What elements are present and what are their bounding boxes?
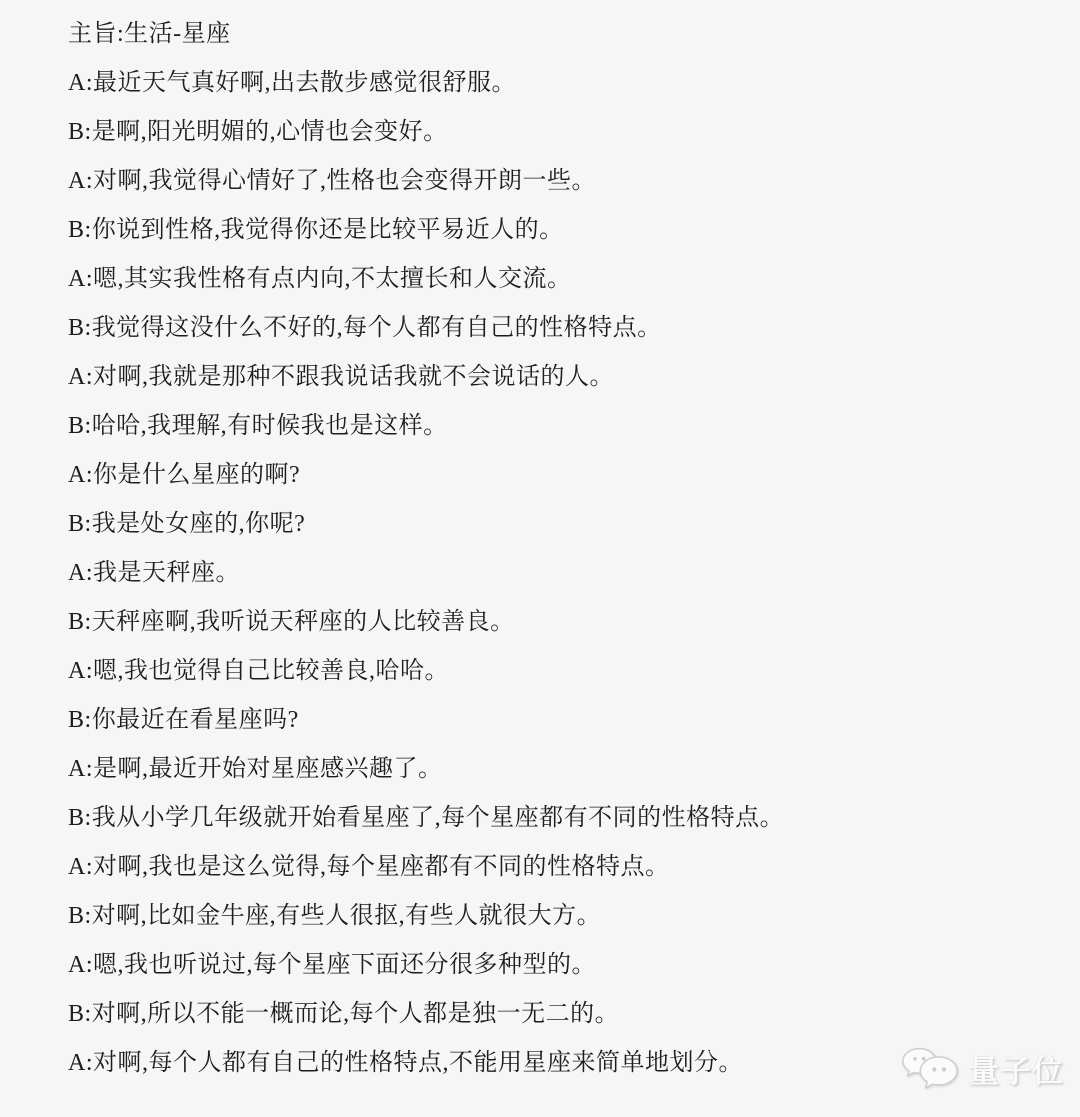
- utterance-text: 是啊,最近开始对星座感兴趣了。: [93, 756, 443, 782]
- speaker-label: A:: [68, 854, 93, 880]
- dialogue-line: B:是啊,阳光明媚的,心情也会变好。: [68, 108, 1050, 157]
- dialogue-line: B:天秤座啊,我听说天秤座的人比较善良。: [68, 598, 1050, 647]
- speaker-label: A:: [68, 658, 93, 684]
- dialogue-line: B:你说到性格,我觉得你还是比较平易近人的。: [68, 206, 1050, 255]
- utterance-text: 嗯,我也听说过,每个星座下面还分很多种型的。: [93, 952, 596, 978]
- topic-label: 主旨:生活-星座: [68, 21, 231, 47]
- dialogue-line: B:哈哈,我理解,有时候我也是这样。: [68, 402, 1050, 451]
- utterance-text: 天秤座啊,我听说天秤座的人比较善良。: [92, 609, 515, 635]
- dialogue-line: A:嗯,其实我性格有点内向,不太擅长和人交流。: [68, 255, 1050, 304]
- utterance-text: 你说到性格,我觉得你还是比较平易近人的。: [92, 217, 564, 243]
- speaker-label: B:: [68, 903, 92, 929]
- utterance-text: 最近天气真好啊,出去散步感觉很舒服。: [93, 70, 516, 96]
- utterance-text: 对啊,所以不能一概而论,每个人都是独一无二的。: [92, 1001, 620, 1027]
- speaker-label: A:: [68, 266, 93, 292]
- utterance-text: 我从小学几年级就开始看星座了,每个星座都有不同的性格特点。: [92, 805, 785, 831]
- speaker-label: A:: [68, 364, 93, 390]
- dialogue-transcript: A:最近天气真好啊,出去散步感觉很舒服。 B:是啊,阳光明媚的,心情也会变好。 …: [68, 59, 1050, 1088]
- speaker-label: A:: [68, 560, 93, 586]
- dialogue-line: A:最近天气真好啊,出去散步感觉很舒服。: [68, 59, 1050, 108]
- utterance-text: 嗯,其实我性格有点内向,不太擅长和人交流。: [93, 266, 572, 292]
- utterance-text: 你最近在看星座吗?: [92, 707, 299, 733]
- speaker-label: B:: [68, 119, 92, 145]
- utterance-text: 我觉得这没什么不好的,每个人都有自己的性格特点。: [92, 315, 662, 341]
- watermark-text: 量子位: [968, 1046, 1064, 1091]
- speaker-label: B:: [68, 511, 92, 537]
- utterance-text: 对啊,我觉得心情好了,性格也会变得开朗一些。: [93, 168, 596, 194]
- speaker-label: B:: [68, 609, 92, 635]
- dialogue-line: B:对啊,比如金牛座,有些人很抠,有些人就很大方。: [68, 892, 1050, 941]
- utterance-text: 我是处女座的,你呢?: [92, 511, 306, 537]
- utterance-text: 对啊,我就是那种不跟我说话我就不会说话的人。: [93, 364, 614, 390]
- dialogue-line: B:我是处女座的,你呢?: [68, 500, 1050, 549]
- dialogue-line: A:对啊,我觉得心情好了,性格也会变得开朗一些。: [68, 157, 1050, 206]
- dialogue-line: A:对啊,我就是那种不跟我说话我就不会说话的人。: [68, 353, 1050, 402]
- speaker-label: A:: [68, 168, 93, 194]
- speaker-label: B:: [68, 1001, 92, 1027]
- utterance-text: 我是天秤座。: [93, 560, 240, 586]
- utterance-text: 是啊,阳光明媚的,心情也会变好。: [92, 119, 448, 145]
- dialogue-line: B:你最近在看星座吗?: [68, 696, 1050, 745]
- speaker-label: A:: [68, 1050, 93, 1076]
- dialogue-line: B:对啊,所以不能一概而论,每个人都是独一无二的。: [68, 990, 1050, 1039]
- speaker-label: B:: [68, 413, 92, 439]
- utterance-text: 哈哈,我理解,有时候我也是这样。: [92, 413, 448, 439]
- dialogue-line: A:我是天秤座。: [68, 549, 1050, 598]
- speaker-label: B:: [68, 217, 92, 243]
- dialogue-line: A:嗯,我也觉得自己比较善良,哈哈。: [68, 647, 1050, 696]
- transcript-page: 主旨:生活-星座 A:最近天气真好啊,出去散步感觉很舒服。 B:是啊,阳光明媚的…: [0, 0, 1080, 1088]
- utterance-text: 对啊,我也是这么觉得,每个星座都有不同的性格特点。: [93, 854, 670, 880]
- speaker-label: A:: [68, 462, 93, 488]
- speaker-label: B:: [68, 315, 92, 341]
- speaker-label: B:: [68, 707, 92, 733]
- speaker-label: A:: [68, 952, 93, 978]
- utterance-text: 嗯,我也觉得自己比较善良,哈哈。: [93, 658, 449, 684]
- topic-header: 主旨:生活-星座: [68, 10, 1050, 59]
- dialogue-line: A:嗯,我也听说过,每个星座下面还分很多种型的。: [68, 941, 1050, 990]
- dialogue-line: A:是啊,最近开始对星座感兴趣了。: [68, 745, 1050, 794]
- speaker-label: A:: [68, 756, 93, 782]
- utterance-text: 你是什么星座的啊?: [93, 462, 300, 488]
- utterance-text: 对啊,比如金牛座,有些人很抠,有些人就很大方。: [92, 903, 602, 929]
- dialogue-line: B:我从小学几年级就开始看星座了,每个星座都有不同的性格特点。: [68, 794, 1050, 843]
- speaker-label: A:: [68, 70, 93, 96]
- dialogue-line: A:你是什么星座的啊?: [68, 451, 1050, 500]
- speaker-label: B:: [68, 805, 92, 831]
- utterance-text: 对啊,每个人都有自己的性格特点,不能用星座来简单地划分。: [93, 1050, 743, 1076]
- qbitai-watermark: 量子位: [899, 1045, 1064, 1091]
- wechat-bubbles-icon: [899, 1045, 959, 1091]
- dialogue-line: B:我觉得这没什么不好的,每个人都有自己的性格特点。: [68, 304, 1050, 353]
- dialogue-line: A:对啊,我也是这么觉得,每个星座都有不同的性格特点。: [68, 843, 1050, 892]
